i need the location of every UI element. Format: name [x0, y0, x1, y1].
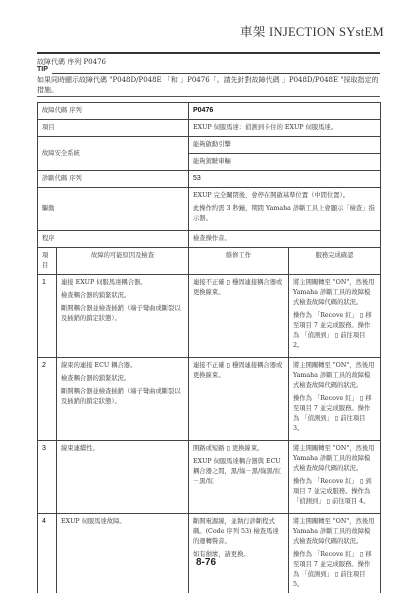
cause-line: 連接 EXUP 伺服馬達耦合器。: [61, 278, 184, 288]
info-label: 項目: [38, 120, 189, 137]
info-value: EXUP 伺服馬達：偵測到卡住的 EXUP 伺服馬達。: [189, 120, 381, 137]
tip-bottom-rule: [37, 96, 380, 97]
info-row: 故障代碼 序列 P0476: [38, 103, 381, 120]
info-value: 能夠啟動引擎: [189, 137, 381, 154]
cause-line: 檢查耦合器的鎖緊狀況。: [61, 291, 184, 301]
tip-label: TIP: [37, 66, 48, 73]
cause-line: EXUP 伺服馬達故障。: [61, 517, 184, 527]
confirm-cell: 將主開關轉至 "ON"，然後用 Yamaha 診斷工具的故障模式檢查故障代碼的狀…: [289, 441, 381, 514]
info-row: 驅動 EXUP 完全關閉後，會停在開啟基準位置（中間位置）。 此操作約需 3 秒…: [38, 188, 381, 231]
drive-line: EXUP 完全關閉後，會停在開啟基準位置（中間位置）。: [193, 191, 376, 201]
tip-rule: [52, 73, 380, 74]
confirm-line: 操作為 「Recove 紅」 ▯ 移至項目 7 並完成服務。操作為 「偵測到」 …: [293, 550, 376, 590]
drive-line: 此操作約需 3 秒鐘，期間 Yamaha 診斷工具上會顯示「檢查」指示器。: [193, 204, 376, 224]
repair-line: 連接不正確 ▯ 穩固連接耦合器或更換線束。: [193, 278, 284, 298]
confirm-line: 將主開關轉至 "ON"，然後用 Yamaha 診斷工具的故障模式檢查故障代碼的狀…: [293, 278, 376, 308]
info-label: 診斷代碼 序列: [38, 171, 189, 188]
page-number: 8-76: [196, 557, 216, 568]
confirm-cell: 將主開關轉至 "ON"，然後用 Yamaha 診斷工具的故障模式檢查故障代碼的狀…: [289, 514, 381, 593]
repair-line: 開路或短路 ▯ 更換線束。: [193, 444, 284, 454]
cause-line: 檢查耦合器的鎖緊狀況。: [61, 374, 184, 384]
confirm-line: 操作為 「Recove 紅」 ▯ 移至項目 7 並完成服務。操作為 「偵測到」 …: [293, 311, 376, 351]
confirm-line: 將主開關轉至 "ON"，然後用 Yamaha 診斷工具的故障模式檢查故障代碼的狀…: [293, 517, 376, 547]
repair-line: EXUP 伺服馬達耦合器與 ECU 耦合器之間，黑/綠－黑/綠黑/紅－黑/紅: [193, 457, 284, 487]
cause-line: 線束連續性。: [61, 444, 184, 454]
section-header: 車架 INJECTION SYstEM: [240, 22, 384, 40]
confirm-line: 操作為 「Recove 紅」 ▯ 到項目 7 並完成服務。操作為 「偵測到」 ▯…: [293, 477, 376, 507]
info-value: 能夠駕駛車輛: [189, 154, 381, 171]
info-label: 故障安全系統: [38, 137, 189, 171]
tip-text: 如果同時顯示故障代碼 "P048D/P048E 「和 」P0476「。請先針對故…: [37, 75, 382, 95]
repair-line: 連接不正確 ▯ 穩固連接耦合器或更換線束。: [193, 361, 284, 381]
header-rule: [37, 52, 380, 54]
check-header-row: 項目 故障的可能原因及檢查 維修工作 服務完成確認: [38, 248, 381, 275]
repair-cell: 斷開電源線，並執行診斷程式碼。(Code 序列 53) 檢查馬達的運轉聲音。 如…: [189, 514, 289, 593]
causes-cell: 線束連續性。: [57, 441, 189, 514]
confirm-line: 將主開關轉至 "ON"，然後用 Yamaha 診斷工具的故障模式檢查故障代碼的狀…: [293, 444, 376, 474]
item-number: 4: [38, 514, 57, 593]
repair-cell: 開路或短路 ▯ 更換線束。 EXUP 伺服馬達耦合器與 ECU 耦合器之間，黑/…: [189, 441, 289, 514]
info-row: 診斷代碼 序列 53: [38, 171, 381, 188]
check-row: 2 線束的連接 ECU 耦合器。 檢查耦合器的鎖緊狀況。 斷開耦合器並檢查插銷（…: [38, 358, 381, 441]
confirm-cell: 將主開關轉至 "ON"，然後用 Yamaha 診斷工具的故障模式檢查故障代碼的狀…: [289, 358, 381, 441]
repair-cell: 連接不正確 ▯ 穩固連接耦合器或更換線束。: [189, 358, 289, 441]
repair-cell: 連接不正確 ▯ 穩固連接耦合器或更換線束。: [189, 275, 289, 358]
info-value-code: P0476: [189, 103, 381, 120]
repair-line: 斷開電源線，並執行診斷程式碼。(Code 序列 53) 檢查馬達的運轉聲音。: [193, 517, 284, 547]
info-row: 項目 EXUP 伺服馬達：偵測到卡住的 EXUP 伺服馬達。: [38, 120, 381, 137]
info-row: 故障安全系統 能夠啟動引擎: [38, 137, 381, 154]
causes-cell: 連接 EXUP 伺服馬達耦合器。 檢查耦合器的鎖緊狀況。 斷開耦合器並檢查插銷（…: [57, 275, 189, 358]
item-number: 1: [38, 275, 57, 358]
col-header: 故障的可能原因及檢查: [57, 248, 189, 275]
info-label: 程序: [38, 231, 189, 248]
col-header: 維修工作: [189, 248, 289, 275]
info-value: 檢查操作音。: [189, 231, 381, 248]
col-header: 項目: [38, 248, 57, 275]
info-label: 故障代碼 序列: [38, 103, 189, 120]
cause-line: 斷開耦合器並檢查插銷（端子彎曲或斷裂以及插銷的鎖定狀態）。: [61, 387, 184, 407]
item-number: 2: [38, 358, 57, 441]
cause-line: 斷開耦合器並檢查插銷（端子彎曲或斷裂以及插銷的鎖定狀態）。: [61, 304, 184, 324]
info-row: 程序 檢查操作音。: [38, 231, 381, 248]
info-label: 驅動: [38, 188, 189, 231]
check-row: 3 線束連續性。 開路或短路 ▯ 更換線束。 EXUP 伺服馬達耦合器與 ECU…: [38, 441, 381, 514]
causes-cell: 線束的連接 ECU 耦合器。 檢查耦合器的鎖緊狀況。 斷開耦合器並檢查插銷（端子…: [57, 358, 189, 441]
cause-line: 線束的連接 ECU 耦合器。: [61, 361, 184, 371]
check-row: 1 連接 EXUP 伺服馬達耦合器。 檢查耦合器的鎖緊狀況。 斷開耦合器並檢查插…: [38, 275, 381, 358]
causes-cell: EXUP 伺服馬達故障。: [57, 514, 189, 593]
col-header: 服務完成確認: [289, 248, 381, 275]
check-row: 4 EXUP 伺服馬達故障。 斷開電源線，並執行診斷程式碼。(Code 序列 5…: [38, 514, 381, 593]
confirm-line: 將主開關轉至 "ON"，然後用 Yamaha 診斷工具的故障模式檢查故障代碼的狀…: [293, 361, 376, 391]
info-value: EXUP 完全關閉後，會停在開啟基準位置（中間位置）。 此操作約需 3 秒鐘，期…: [189, 188, 381, 231]
confirm-line: 操作為 「Recove 紅」 ▯ 移至項目 7 並完成服務。操作為 「偵測到」 …: [293, 394, 376, 434]
info-value: 53: [189, 171, 381, 188]
confirm-cell: 將主開關轉至 "ON"，然後用 Yamaha 診斷工具的故障模式檢查故障代碼的狀…: [289, 275, 381, 358]
item-number: 3: [38, 441, 57, 514]
fault-table: 故障代碼 序列 P0476 項目 EXUP 伺服馬達：偵測到卡住的 EXUP 伺…: [37, 102, 381, 593]
